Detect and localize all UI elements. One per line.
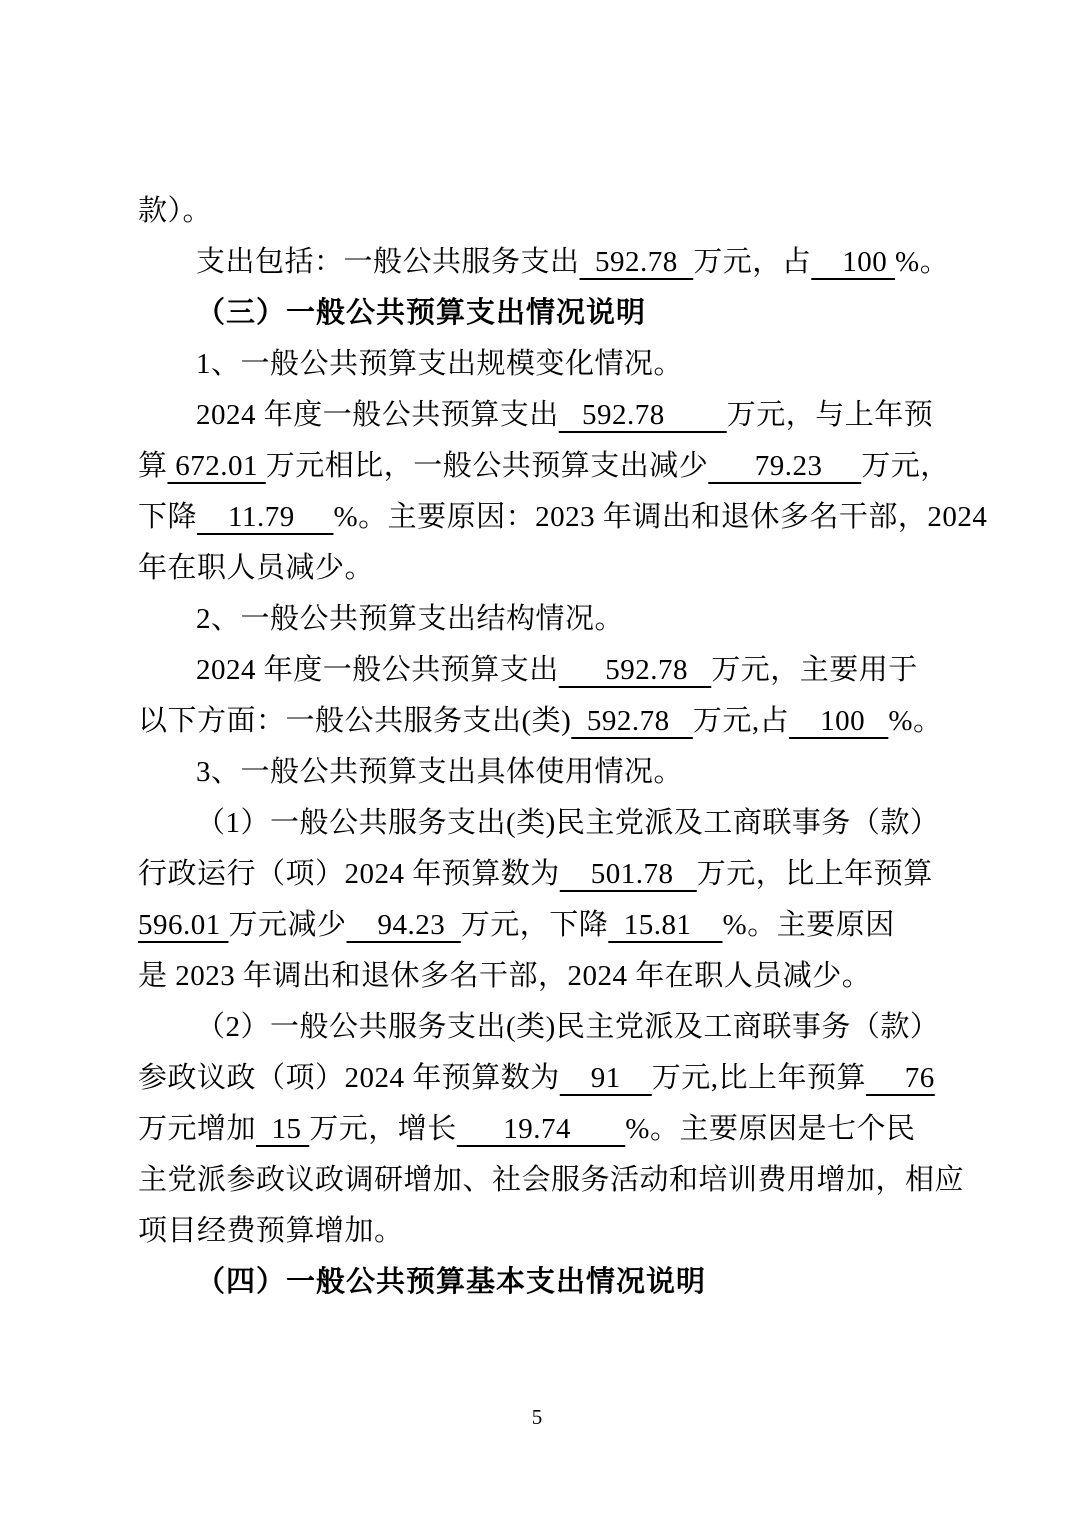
underlined-value: 592.78 (571, 705, 693, 737)
page-footer: 5 (0, 1402, 1074, 1432)
text-line: 下降 11.79 %。主要原因：2023 年调出和退休多名干部，2024 (138, 492, 950, 543)
text-run: 2024 年度一般公共预算支出 (196, 654, 559, 686)
text-run: 万元， (861, 450, 950, 482)
text-run: 是 2023 年调出和退休多名干部，2024 年在职人员减少。 (138, 960, 871, 992)
text-run: 万元减少 (229, 909, 347, 941)
underlined-value: 596.01 (138, 909, 229, 941)
text-line: （1）一般公共服务支出(类)民主党派及工商联事务（款） (138, 798, 950, 849)
text-run: %。主要原因：2023 年调出和退休多名干部，2024 (333, 501, 987, 533)
text-run: 款）。 (138, 195, 212, 227)
text-run: 万元相比，一般公共预算支出减少 (266, 450, 709, 482)
text-run: 万元,占 (693, 705, 789, 737)
text-line: 是 2023 年调出和退休多名干部，2024 年在职人员减少。 (138, 951, 950, 1002)
text-line: 596.01 万元减少 94.23 万元，下降 15.81 %。主要原因 (138, 900, 950, 951)
text-run: 1、一般公共预算支出规模变化情况。 (196, 348, 683, 380)
text-run: %。 (895, 246, 949, 278)
underlined-value: 15 (256, 1113, 309, 1145)
text-run: 万元增加 (138, 1113, 256, 1145)
text-run: 年在职人员减少。 (138, 552, 374, 584)
underlined-value: 76 (866, 1062, 935, 1094)
text-line: 2024 年度一般公共预算支出 592.78 万元，与上年预 (138, 390, 950, 441)
text-run: 行政运行（项）2024 年预算数为 (138, 858, 560, 890)
text-line: 2、一般公共预算支出结构情况。 (138, 594, 950, 645)
text-line: 支出包括：一般公共服务支出 592.78 万元，占 100 %。 (138, 237, 950, 288)
text-run: （三）一般公共预算支出情况说明 (196, 297, 646, 329)
text-run: 参政议政（项）2024 年预算数为 (138, 1062, 560, 1094)
underlined-value: 11.79 (197, 501, 333, 533)
text-line: 万元增加 15 万元，增长 19.74 %。主要原因是七个民 (138, 1104, 950, 1155)
underlined-value: 100 (811, 246, 895, 278)
underlined-value: 91 (560, 1062, 652, 1094)
underlined-value: 79.23 (708, 450, 861, 482)
text-line: 项目经费预算增加。 (138, 1206, 950, 1257)
text-run: %。 (888, 705, 942, 737)
text-run: 万元，增长 (309, 1113, 457, 1145)
text-line: 主党派参政议政调研增加、社会服务活动和培训费用增加，相应 (138, 1155, 950, 1206)
text-run: 下降 (138, 501, 197, 533)
text-run: 主党派参政议政调研增加、社会服务活动和培训费用增加，相应 (138, 1164, 964, 1196)
text-run: （2）一般公共服务支出(类)民主党派及工商联事务（款） (196, 1011, 939, 1043)
text-line: 算 672.01 万元相比，一般公共预算支出减少 79.23 万元， (138, 441, 950, 492)
text-line: （2）一般公共服务支出(类)民主党派及工商联事务（款） (138, 1002, 950, 1053)
underlined-value: 94.23 (347, 909, 461, 941)
section-heading: （三）一般公共预算支出情况说明 (138, 288, 950, 339)
underlined-value: 15.81 (608, 909, 722, 941)
text-run: 项目经费预算增加。 (138, 1215, 404, 1247)
text-run: 万元，占 (693, 246, 811, 278)
text-run: 万元，比上年预算 (697, 858, 933, 890)
section-heading: （四）一般公共预算基本支出情况说明 (138, 1257, 950, 1308)
text-run: %。主要原因是七个民 (625, 1113, 915, 1145)
text-line: 参政议政（项）2024 年预算数为 91 万元,比上年预算 76 (138, 1053, 950, 1104)
text-line: 以下方面：一般公共服务支出(类) 592.78 万元,占 100 %。 (138, 696, 950, 747)
text-run: 支出包括：一般公共服务支出 (196, 246, 580, 278)
text-run: 3、一般公共预算支出具体使用情况。 (196, 756, 683, 788)
text-line: 款）。 (138, 186, 950, 237)
page-number: 5 (532, 1405, 543, 1429)
underlined-value: 501.78 (560, 858, 697, 890)
underlined-value: 592.78 (559, 399, 727, 431)
text-run: %。主要原因 (723, 909, 895, 941)
text-line: 2024 年度一般公共预算支出 592.78 万元，主要用于 (138, 645, 950, 696)
text-line: 1、一般公共预算支出规模变化情况。 (138, 339, 950, 390)
text-run: 万元，下降 (461, 909, 609, 941)
text-run: 算 (138, 450, 168, 482)
text-run: 2、一般公共预算支出结构情况。 (196, 603, 624, 635)
text-run: （1）一般公共服务支出(类)民主党派及工商联事务（款） (196, 807, 939, 839)
text-run: 2024 年度一般公共预算支出 (196, 399, 559, 431)
text-run: （四）一般公共预算基本支出情况说明 (196, 1266, 706, 1298)
text-line: 3、一般公共预算支出具体使用情况。 (138, 747, 950, 798)
text-run: 万元,比上年预算 (652, 1062, 866, 1094)
text-line: 行政运行（项）2024 年预算数为 501.78 万元，比上年预算 (138, 849, 950, 900)
underlined-value: 672.01 (168, 450, 266, 482)
underlined-value: 19.74 (457, 1113, 626, 1145)
text-run: 万元，与上年预 (727, 399, 934, 431)
text-run: 以下方面：一般公共服务支出(类) (138, 705, 571, 737)
text-run: 万元，主要用于 (711, 654, 918, 686)
document-page: 款）。支出包括：一般公共服务支出 592.78 万元，占 100 %。（三）一般… (0, 0, 1074, 1520)
document-body: 款）。支出包括：一般公共服务支出 592.78 万元，占 100 %。（三）一般… (138, 186, 950, 1308)
text-line: 年在职人员减少。 (138, 543, 950, 594)
underlined-value: 592.78 (580, 246, 694, 278)
underlined-value: 100 (789, 705, 888, 737)
underlined-value: 592.78 (559, 654, 712, 686)
